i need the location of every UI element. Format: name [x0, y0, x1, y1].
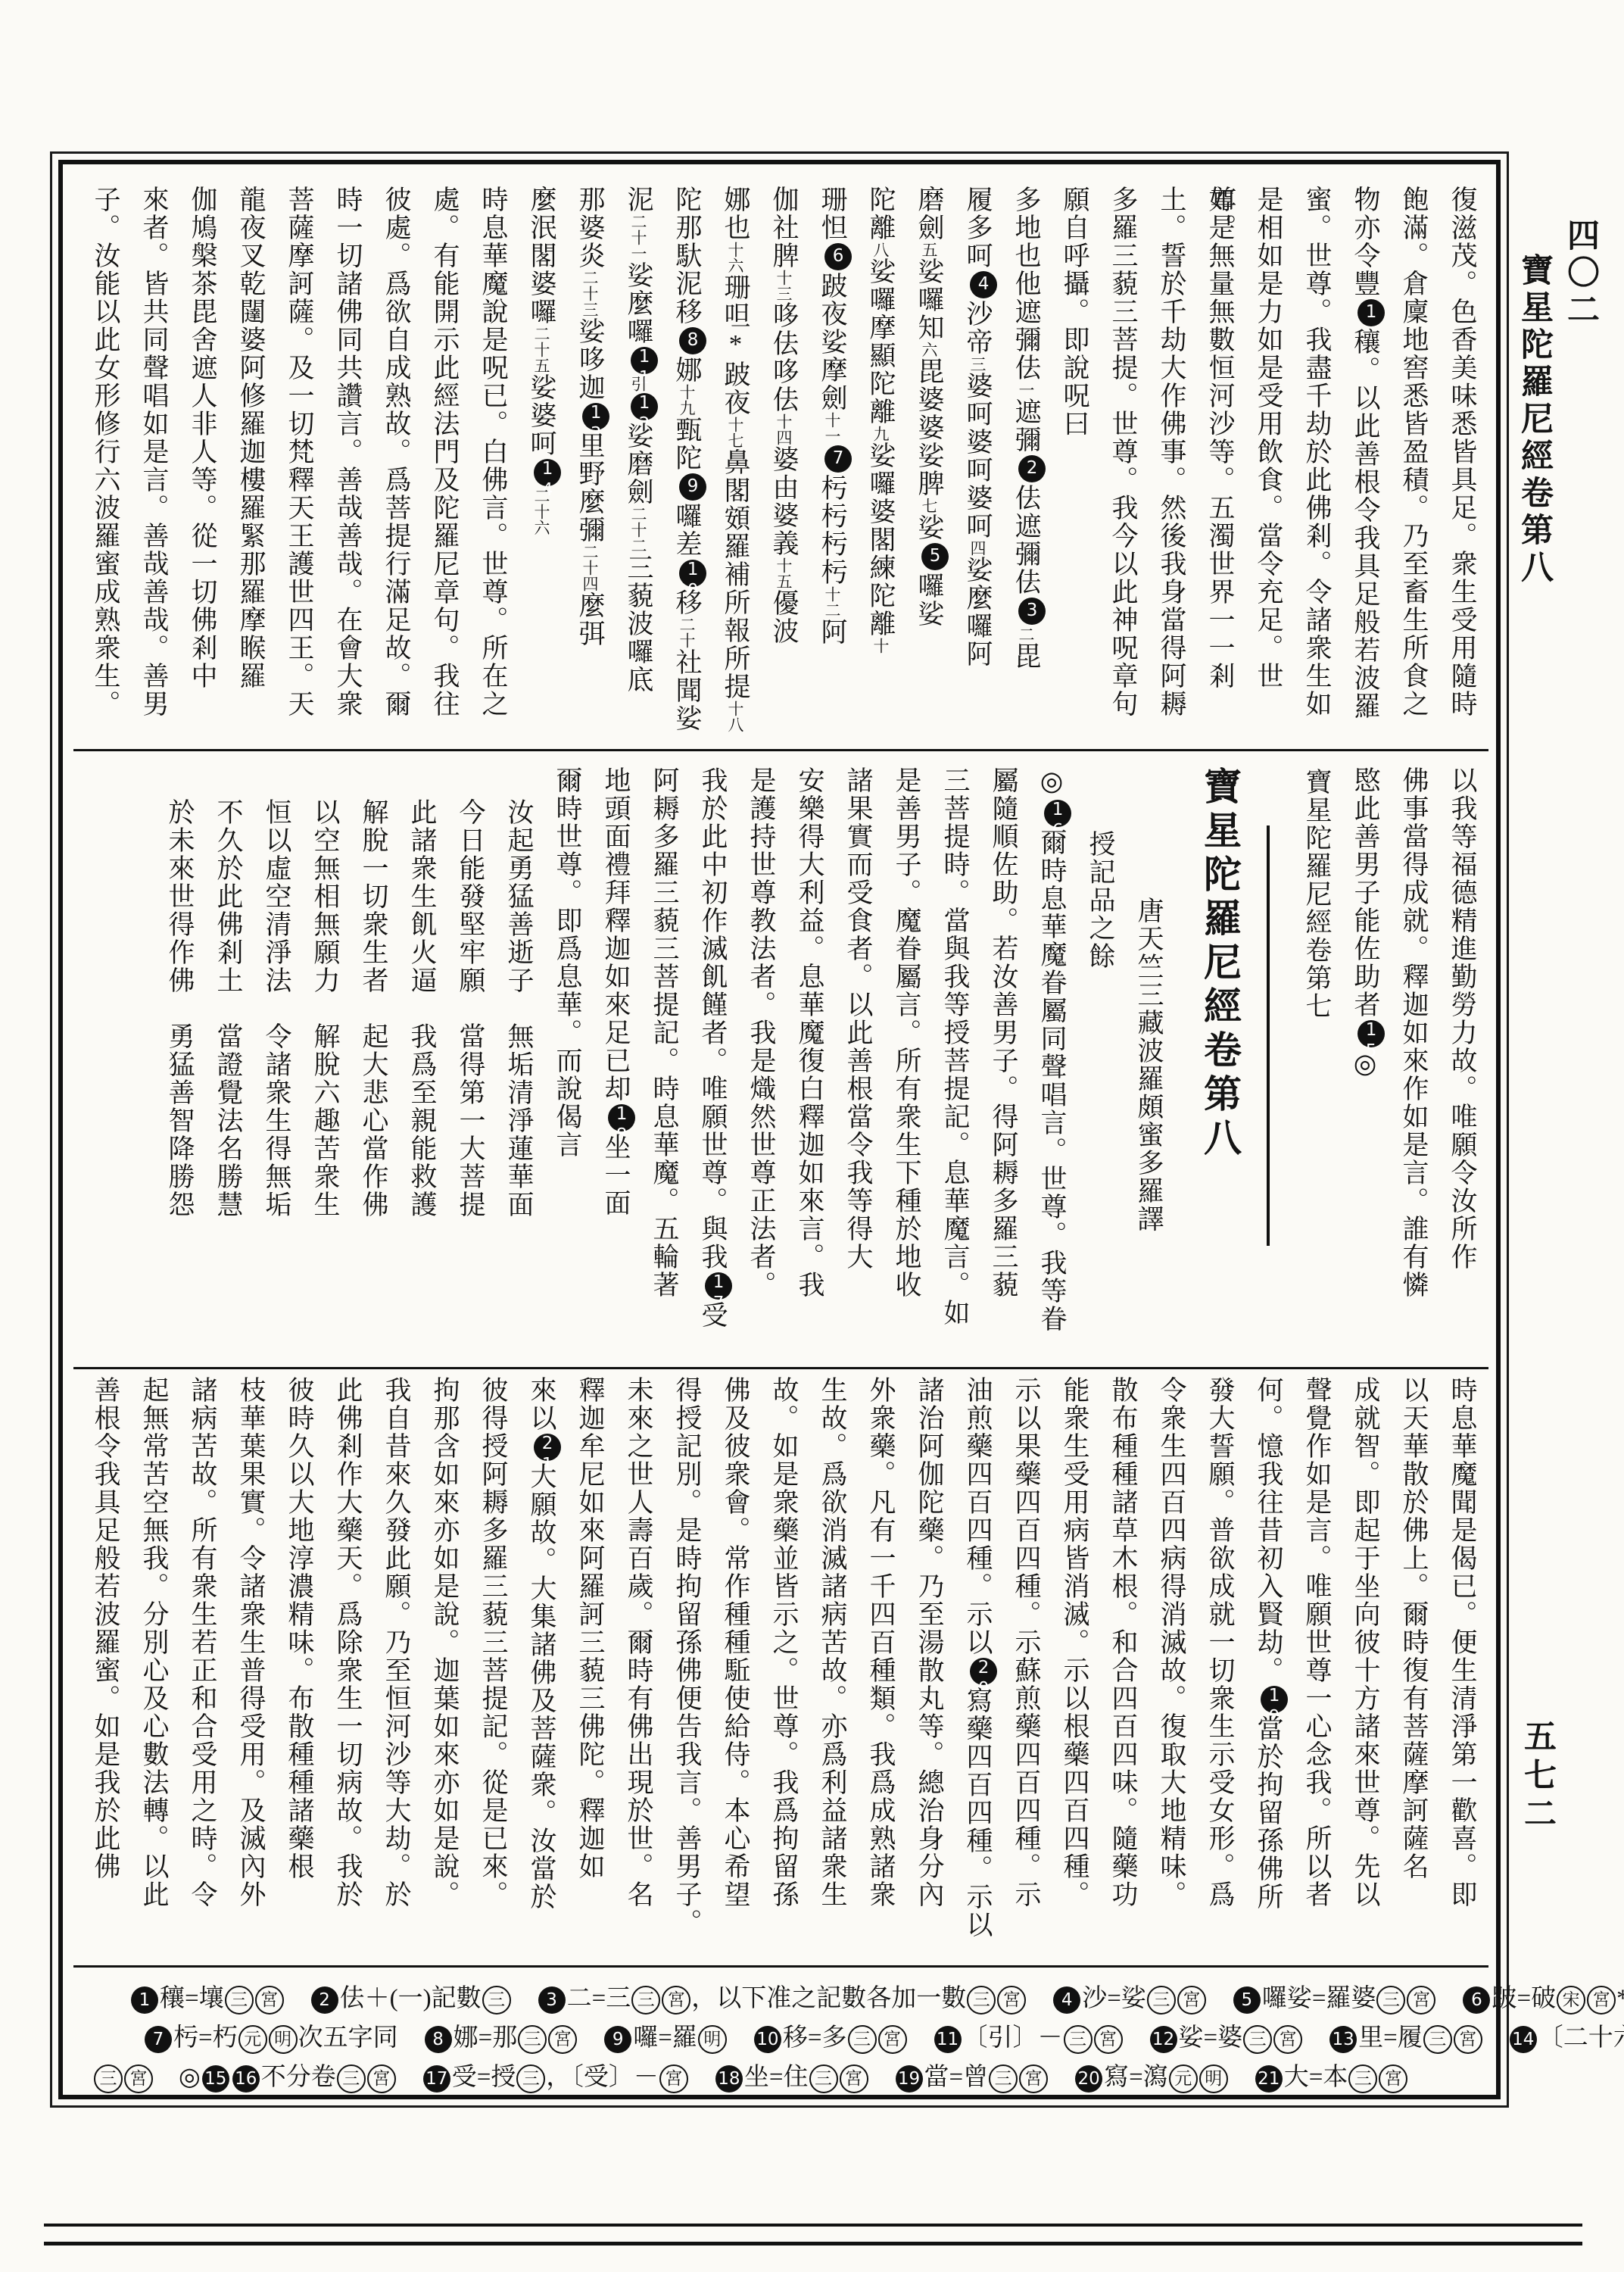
footnote-divider: [73, 1965, 1488, 1968]
footnote-marker: 18: [608, 1104, 635, 1131]
footnote-marker: 18: [715, 2065, 743, 2093]
text-column: 佛事當得成就。釋迦如來作如是言。誰有憐: [1390, 766, 1437, 1299]
gloss-number: 二十六: [532, 488, 550, 535]
edition-siglum: 三: [225, 1986, 254, 2015]
text-column: 願自呼攝。即說呪曰: [1051, 186, 1098, 438]
text-column: 陀離八娑囉摩顯陀離九娑囉婆閣練陀離十: [857, 186, 904, 654]
edition-siglum: 宮: [255, 1986, 284, 2015]
footnote-marker: 7: [145, 2026, 172, 2053]
text-column: 解脫一切衆生者 起大悲心當作佛: [350, 798, 397, 1219]
text-column: 授記品之餘: [1077, 830, 1124, 970]
text-column: 復滋茂。色香美味悉皆具足。衆生受用隨時: [1439, 186, 1485, 718]
edition-siglum: 三: [967, 1986, 996, 2015]
footnote-marker: 11: [934, 2026, 962, 2053]
edition-siglum: 三: [1243, 2025, 1272, 2054]
text-column: 娜也十六珊呾*跛夜十七鼻閣頞羅補所報所提十八: [712, 186, 759, 732]
text-column: 物亦令豐1穰。以此善根令我具足般若波羅: [1342, 186, 1389, 720]
text-column: 生故。爲欲消滅諸病苦故。亦爲利益諸衆生: [809, 1376, 856, 1908]
gloss-number: 五: [920, 242, 938, 257]
text-column: 屬隨順佐助。若汝善男子。得阿耨多羅三藐: [980, 766, 1027, 1299]
footnote-marker: 5: [1233, 1986, 1261, 2014]
edition-siglum: 宮: [878, 2025, 907, 2054]
margin-sutra-title: 寶星陀羅尼經卷第八: [1511, 253, 1557, 587]
footnote-marker: 6: [824, 243, 852, 270]
gloss-number: 十三: [775, 270, 793, 301]
page-bottom-rule-lower: [44, 2242, 1582, 2245]
gloss-number: 八: [871, 242, 890, 257]
footnote-marker: 5: [921, 543, 949, 570]
text-column: 成就智。即起于坐向彼十方諸來世尊。先以: [1342, 1376, 1389, 1908]
edition-siglum: 三: [516, 2064, 545, 2093]
text-column: 珊怛6跛夜娑摩劍十一7杇杇杇杇十二阿: [809, 186, 856, 646]
footnote-marker: 17: [423, 2065, 450, 2093]
edition-siglum: 宮: [840, 2064, 868, 2093]
footnote-marker: 17: [705, 1272, 732, 1300]
register-divider-1: [73, 749, 1488, 751]
footnote-marker: 16: [1044, 800, 1071, 827]
text-column: 起無常苦空無我。分別心及心數法轉。以此: [130, 1376, 177, 1908]
edition-siglum: 三: [989, 2064, 1018, 2093]
footnote-marker: 10: [679, 560, 706, 587]
gloss-number: 十八: [726, 701, 744, 732]
footnote-marker: 14: [534, 459, 561, 486]
footnote-marker: 9: [604, 2026, 631, 2053]
footnote-marker: 8: [679, 327, 706, 354]
text-column: 處。有能開示此經法門及陀羅尼章句。我往: [421, 186, 468, 718]
edition-siglum: 三: [1348, 2064, 1377, 2093]
edition-siglum: 三: [337, 2064, 366, 2093]
text-column: 恒以虛空清淨法 令諸衆生得無垢: [253, 798, 300, 1219]
edition-siglum: 宮: [997, 1986, 1026, 2015]
text-column: 爾時世尊。即爲息華。而說偈言: [544, 766, 591, 1159]
text-column: 伽社脾十三哆佉哆佉十四婆由婆義十五優波: [760, 186, 807, 645]
footnote-marker: 13: [582, 403, 609, 430]
gloss-number: 二十五: [532, 326, 550, 373]
footnote-marker: 9: [679, 473, 706, 501]
footnote-marker: 19: [1261, 1686, 1288, 1713]
edition-siglum: 宮: [1407, 1986, 1435, 2015]
text-column: 以天華散於佛上。爾時復有菩薩摩訶薩名: [1390, 1376, 1437, 1880]
footnote-marker: 15: [202, 2065, 229, 2093]
register-divider-2: [73, 1367, 1488, 1369]
text-column: 以空無相無願力 解脫六趣苦衆生: [301, 798, 348, 1219]
text-column: 今日能發堅牢願 當得第一大菩提: [447, 798, 494, 1219]
text-column: 以我等福德精進勤勞力故。唯願令汝所作: [1439, 766, 1485, 1271]
edition-siglum: 宮: [367, 2064, 396, 2093]
text-column: 子。汝能以此女形修行六波羅蜜成熟衆生。: [82, 186, 129, 718]
gloss-number: 六: [920, 342, 938, 357]
footnote-marker: 16: [232, 2065, 260, 2093]
text-column: 磨劍五娑囉知六毘婆婆娑脾七娑5囉娑: [906, 186, 952, 628]
text-column: 時一切諸佛同共讚言。善哉善哉。在會大衆: [324, 186, 371, 718]
edition-siglum: 宮: [659, 2064, 688, 2093]
footnote-marker: 15: [1357, 1020, 1385, 1047]
page-frame-inner: 復滋茂。色香美味悉皆具足。衆生受用隨時飽滿。倉廩地窖悉皆盈積。乃至畜生所食之物亦…: [58, 160, 1501, 2099]
text-column: 我自昔來久發此願。乃至恒河沙等大劫。於: [372, 1376, 419, 1908]
footnote-line: 三宮 ◎1516不分卷三宮 17受=授三，〔受〕－宮 18坐=住三宮 19當=曾…: [79, 2058, 1484, 2097]
edition-siglum: 宮: [662, 1986, 690, 2015]
gloss-number: 二十四: [581, 544, 599, 591]
margin-sutra-number: 四〇二: [1557, 218, 1604, 587]
gloss-number: 二十一: [629, 214, 647, 261]
text-column: 泥二十一娑麼囉11引12娑磨劍二十二三藐波囉底: [615, 186, 662, 694]
footnote-marker: 8: [425, 2026, 452, 2053]
text-column: 飽滿。倉廩地窖悉皆盈積。乃至畜生所食之: [1390, 186, 1437, 718]
text-column: 於未來世得作佛 勇猛善智降勝怨: [156, 798, 203, 1219]
edition-siglum: 三: [809, 2064, 838, 2093]
text-column: 拘那含如來亦如是說。迦葉如來亦如是說。: [421, 1376, 468, 1908]
text-column: 諸治阿伽陀藥。乃至湯散丸等。總治身分內: [906, 1376, 952, 1908]
text-column: 佛及彼衆會。常作種種駈使給侍。本心希望: [712, 1376, 759, 1908]
text-column: 示以果藥四百四種。示蘇煎藥四百四種。示: [1002, 1376, 1049, 1908]
footnote-marker: 7: [824, 445, 852, 473]
footnote-marker: 13: [1329, 2026, 1357, 2053]
text-column: 時息華魔聞是偈已。便生清淨第一歡喜。即: [1439, 1376, 1485, 1908]
edition-siglum: 宮: [1094, 2025, 1123, 2054]
footnote-marker: 14: [1510, 2026, 1537, 2053]
edition-siglum: 宮: [1273, 2025, 1302, 2054]
text-column: 善根令我具足般若波羅蜜。如是我於此佛: [82, 1376, 129, 1880]
edition-siglum: 明: [698, 2025, 727, 2054]
text-column: 是相如是力如是受用飲食。當令充足。世尊。: [1245, 186, 1292, 742]
text-column: 是護持世尊教法者。我是熾然世尊正法者。: [737, 766, 784, 1299]
edition-siglum: 宋: [1557, 1986, 1585, 2015]
text-column: 故。如是衆藥並皆示之。世尊。我爲拘留孫: [760, 1376, 807, 1908]
edition-siglum: 三: [94, 2064, 123, 2093]
text-column: 那婆炎二十三娑哆迦13里野麼彌二十四麼弭: [566, 186, 613, 648]
gloss-number: 二: [1017, 626, 1035, 642]
footnote-marker: 4: [1053, 1986, 1080, 2014]
edition-siglum: 宮: [1454, 2025, 1482, 2054]
text-column: 諸病苦故。所有衆生若正和合受用之時。令: [179, 1376, 226, 1908]
text-column: 唐天竺三藏波羅頗蜜多羅譯: [1125, 897, 1172, 1233]
text-column: 如是無量無數恒河沙等。五濁世界一一剎: [1196, 186, 1243, 690]
text-column: 外衆藥。凡有一千四百種類。我爲成熟諸衆: [857, 1376, 904, 1908]
text-column: 寶星陀羅尼經卷第八: [1174, 766, 1243, 1162]
edition-siglum: 三: [482, 1986, 511, 2015]
text-column: 枝華葉果實。令諸衆生普得受用。及滅內外: [227, 1376, 274, 1908]
gloss-number: 三: [968, 356, 987, 372]
edition-siglum: 宮: [1019, 2064, 1048, 2093]
footnote-marker: 3: [1018, 598, 1046, 625]
text-column: 寶星陀羅尼經卷第七: [1293, 768, 1340, 1020]
footnote-marker: 10: [754, 2026, 781, 2053]
text-column: 來者。皆共同聲唱如是言。善哉善哉。善男: [130, 186, 177, 718]
gloss-number: 十二: [823, 586, 841, 618]
text-column: 龍夜叉乾闥婆阿修羅迦樓羅緊那羅摩睺羅: [227, 186, 274, 690]
text-column: 未來之世人壽百歲。爾時有佛出現於世。名: [615, 1376, 662, 1908]
text-column: 諸果實而受食者。以此善根當令我等得大: [834, 766, 881, 1271]
gloss-number: 二十三: [581, 270, 599, 317]
edition-siglum: 三: [1376, 1986, 1405, 2015]
edition-siglum: 三: [848, 2025, 877, 2054]
text-column: 釋迦牟尼如來阿羅訶三藐三佛陀。釋迦如: [566, 1376, 613, 1880]
text-column: 菩薩摩訶薩。及一切梵釋天王護世四王。天: [276, 186, 323, 718]
edition-siglum: 宮: [1177, 1986, 1206, 2015]
text-column: 時息華魔說是呪已。白佛言。世尊。所在之: [469, 186, 516, 718]
gloss-number: 十四: [775, 414, 793, 445]
text-column: 不久於此佛剎土 當證覺法名勝慧: [204, 798, 251, 1219]
edition-siglum: 三: [518, 2025, 547, 2054]
footnote-marker: 12: [631, 393, 658, 420]
text-column: 安樂得大利益。息華魔復白釋迦如來言。我: [786, 766, 833, 1299]
edition-siglum: 宮: [548, 2025, 577, 2054]
text-column: 是善男子。魔眷屬言。所有衆生下種於地收: [883, 766, 930, 1299]
footnote-marker: 11: [631, 347, 658, 374]
footnote-marker: 6: [1463, 1986, 1490, 2014]
edition-siglum: 宮: [1587, 1986, 1616, 2015]
text-column: 多羅三藐三菩提。世尊。我今以此神呪章句: [1099, 186, 1146, 718]
edition-siglum: 三: [631, 1986, 660, 2015]
footnote-line: 7杇=朽元明次五字同 8娜=那三宮 9囉=羅明 10移=多三宮 11〔引〕－三宮…: [79, 2018, 1484, 2058]
edition-siglum: 元: [238, 2025, 267, 2054]
footnote-marker: 2: [1018, 455, 1046, 482]
register-top: 復滋茂。色香美味悉皆具足。衆生受用隨時飽滿。倉廩地窖悉皆盈積。乃至畜生所食之物亦…: [78, 186, 1485, 742]
gloss-number: 二十二: [629, 506, 647, 554]
text-column: 多地也他遮彌佉一遮彌2佉遮彌佉3二毘: [1002, 186, 1049, 670]
edition-siglum: 三: [1147, 1986, 1176, 2015]
footnote-marker: 4: [970, 271, 997, 298]
footnote-marker: 20: [970, 1658, 997, 1685]
gloss-number: 二十: [678, 616, 696, 648]
text-column: 彼得授阿耨多羅三藐三菩提記。從是已來。: [469, 1376, 516, 1908]
text-column: 伽鳩槃茶毘舍遮人非人等。從一切佛剎中: [179, 186, 226, 690]
gloss-number: 十一: [823, 412, 841, 444]
text-column: 蜜。世尊。我盡千劫於此佛剎。令諸衆生如: [1293, 186, 1340, 718]
edition-siglum: 明: [1199, 2064, 1228, 2093]
page-bottom-rule-upper: [44, 2224, 1582, 2227]
gloss-number: 四: [968, 540, 987, 556]
text-column: 愍此善男子能佐助者15◎: [1342, 766, 1389, 1081]
footnote-marker: 1: [131, 1986, 158, 2014]
footnote-marker: 2: [311, 1986, 338, 2014]
gloss-number: 七: [920, 498, 938, 513]
edition-siglum: 元: [1169, 2064, 1198, 2093]
footnote-marker: 3: [538, 1986, 566, 2014]
text-column: 油煎藥四百四種。示以20寫藥四百四種。示以: [954, 1376, 1001, 1939]
text-column: 地頭面禮拜釋迦如來足已却18坐一面: [592, 766, 639, 1217]
page-frame-outer: 復滋茂。色香美味悉皆具足。衆生受用隨時飽滿。倉廩地窖悉皆盈積。乃至畜生所食之物亦…: [50, 151, 1509, 2108]
gloss-number: 十五: [775, 557, 793, 589]
margin-page-number: 五七二: [1514, 1719, 1560, 1835]
text-column: 麼泯閣婆囉二十五娑婆呵14二十六: [518, 186, 565, 535]
text-column: 我於此中初作滅飢饉者。唯願世尊。與我17受: [689, 766, 736, 1329]
edition-siglum: 三: [1423, 2025, 1452, 2054]
scanned-canon-page: 四〇二 寶星陀羅尼經卷第八 五七二 復滋茂。色香美味悉皆具足。衆生受用隨時飽滿。…: [0, 0, 1624, 2272]
footnote-marker: 20: [1075, 2065, 1102, 2093]
text-column: 陀那馱泥移8娜十九甄陀9囉差10移二十社聞娑: [663, 186, 710, 732]
gloss-number: 一: [1017, 382, 1035, 398]
text-column: 來以21大願故。大集諸佛及菩薩衆。汝當於: [518, 1376, 565, 1911]
register-bottom: 時息華魔聞是偈已。便生清淨第一歡喜。即以天華散於佛上。爾時復有菩薩摩訶薩名成就智…: [78, 1376, 1485, 1959]
text-column: ◎16爾時息華魔眷屬同聲唱言。世尊。我等眷: [1028, 766, 1075, 1333]
text-column: 能衆生受用病皆消滅。示以根藥四百四種。: [1051, 1376, 1098, 1908]
text-column: 得授記別。是時拘留孫佛便告我言。善男子。: [663, 1376, 710, 1937]
text-column: 汝起勇猛善逝子 無垢清淨蓮華面: [495, 798, 542, 1219]
text-column: 此諸衆生飢火逼 我爲至親能救護: [398, 798, 445, 1219]
text-column: 土。誓於千劫大作佛事。然後我身當得阿耨: [1148, 186, 1195, 718]
edition-siglum: 宮: [124, 2064, 153, 2093]
register-middle: 以我等福德精進勤勞力故。唯願令汝所作佛事當得成就。釋迦如來作如是言。誰有憐愍此善…: [78, 766, 1485, 1357]
text-column: 令衆生四百四病得消滅故。復取大地精味。: [1148, 1376, 1195, 1908]
footnote-line: 1穰=壤三宮 2佉＋(一)記數三 3二=三三宮，以下准之記數各加一數三宮 4沙=…: [79, 1979, 1484, 2018]
text-column: 阿耨多羅三藐三菩提記。時息華魔。五輪著: [641, 766, 687, 1299]
footnote-block: 1穰=壤三宮 2佉＋(一)記數三 3二=三三宮，以下准之記數各加一數三宮 4沙=…: [79, 1979, 1484, 2097]
text-column: 發大誓願。普欲成就一切衆生示受女形。爲: [1196, 1376, 1243, 1908]
footnote-marker: 12: [1150, 2026, 1177, 2053]
gloss-number: 九: [871, 426, 890, 442]
text-column: 聲覺作如是言。唯願世尊一心念我。所以者: [1293, 1376, 1340, 1908]
gloss-number: 十九: [678, 384, 696, 416]
edition-siglum: 明: [269, 2025, 298, 2054]
footnote-marker: 19: [896, 2065, 923, 2093]
text-column: 三菩提時。當與我等授菩提記。息華魔言。如: [931, 766, 978, 1327]
gloss-number: 引: [629, 376, 647, 392]
footnote-marker: 1: [1357, 299, 1385, 326]
margin-header: 四〇二 寶星陀羅尼經卷第八: [1511, 218, 1604, 587]
gloss-number: 十: [871, 638, 890, 654]
text-column: 履多呵4沙帝三婆呵婆呵婆呵四娑麼囉阿: [954, 186, 1001, 668]
text-column: 彼處。爲欲自成熟故。爲菩提行滿足故。爾: [372, 186, 419, 718]
footnote-marker: 21: [534, 1434, 561, 1461]
edition-siglum: 宮: [1379, 2064, 1407, 2093]
gloss-number: 十七: [726, 417, 744, 448]
edition-siglum: 三: [1064, 2025, 1093, 2054]
footnote-marker: 21: [1255, 2065, 1283, 2093]
text-column: 此佛剎作大藥天。爲除衆生一切病故。我於: [324, 1376, 371, 1908]
gloss-number: 十六: [726, 242, 744, 273]
text-column: 彼時久以大地淳濃精味。布散種種諸藥根: [276, 1376, 323, 1880]
text-column: 散布種種諸草木根。和合四百四味。隨藥功: [1099, 1376, 1146, 1908]
text-column: 何。憶我往昔初入賢劫。19當於拘留孫佛所: [1245, 1376, 1292, 1911]
